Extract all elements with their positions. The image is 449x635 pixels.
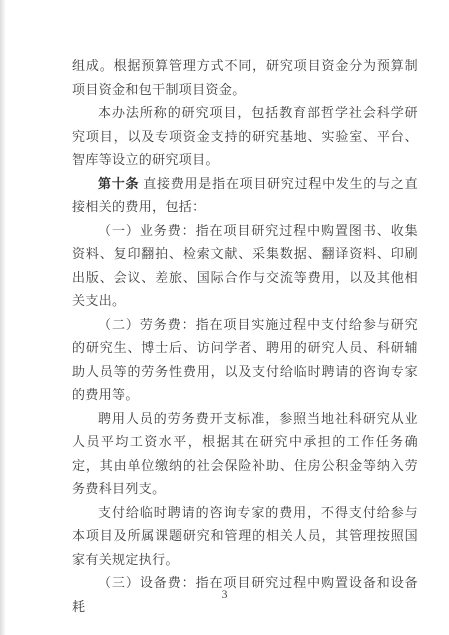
paragraph: 支付给临时聘请的咨询专家的费用，不得支付给参与本项目及所属课题研究和管理的相关人… — [72, 501, 418, 572]
paragraph: （一）业务费：指在项目研究过程中购置图书、收集资料、复印翻拍、检索文献、采集数据… — [72, 219, 418, 313]
paragraph: 组成。根据预算管理方式不同，研究项目资金分为预算制项目资金和包干制项目资金。 — [72, 54, 418, 101]
document-sheet: 组成。根据预算管理方式不同，研究项目资金分为预算制项目资金和包干制项目资金。本办… — [0, 0, 449, 635]
scan-edge-shadow — [0, 0, 6, 635]
paragraph: 第十条 直接费用是指在项目研究过程中发生的与之直接相关的费用，包括： — [72, 172, 418, 219]
paragraph: 聘用人员的劳务费开支标准，参照当地社科研究从业人员平均工资水平，根据其在研究中承… — [72, 407, 418, 501]
article-number: 第十条 — [98, 176, 139, 191]
paragraph: 本办法所称的研究项目，包括教育部哲学社会科学研究项目，以及专项资金支持的研究基地… — [72, 101, 418, 172]
paragraph: （二）劳务费：指在项目实施过程中支付给参与研究的研究生、博士后、访问学者、聘用的… — [72, 313, 418, 407]
scanned-document-page: { "page": { "number": "3", "text_color":… — [0, 0, 449, 635]
page-number: 3 — [0, 586, 449, 602]
document-text-block: 组成。根据预算管理方式不同，研究项目资金分为预算制项目资金和包干制项目资金。本办… — [72, 54, 418, 618]
